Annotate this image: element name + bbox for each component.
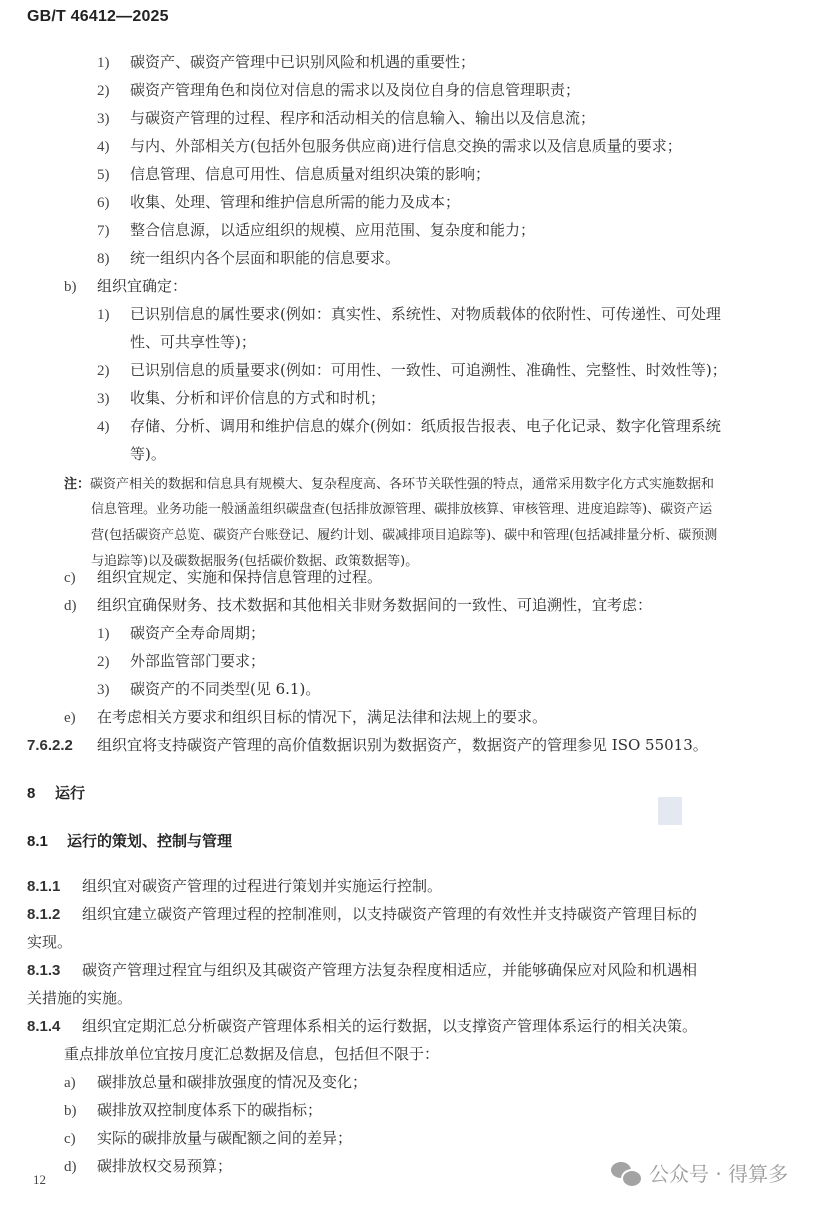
list-item: b)组织宜确定： [64, 276, 187, 297]
list-item: 4)与内、外部相关方(包括外包服务供应商)进行信息交换的需求以及信息质量的要求； [97, 136, 682, 157]
clause-8-1-4: 8.1.4组织宜定期汇总分析碳资产管理体系相关的运行数据，以支撑资产管理体系运行… [27, 1016, 697, 1037]
list-item: 8)统一组织内各个层面和职能的信息要求。 [97, 248, 400, 269]
list-item: 7)整合信息源，以适应组织的规模、应用范围、复杂度和能力； [97, 220, 535, 241]
standard-code-header: GB/T 46412—2025 [27, 8, 169, 26]
list-item: c)组织宜规定、实施和保持信息管理的过程。 [64, 567, 382, 588]
monthly-intro: 重点排放单位宜按月度汇总数据及信息，包括但不限于： [64, 1044, 439, 1064]
clause-continuation: 实现。 [27, 932, 72, 952]
list-item: 2)外部监管部门要求； [97, 651, 265, 672]
list-item: d)组织宜确保财务、技术数据和其他相关非财务数据间的一致性、可追溯性，宜考虑： [64, 595, 652, 616]
list-item: c)实际的碳排放量与碳配额之间的差异； [64, 1128, 352, 1149]
list-item: 1)已识别信息的属性要求(例如：真实性、系统性、对物质载体的依附性、可传递性、可… [97, 304, 721, 325]
clause-8-1-2: 8.1.2组织宜建立碳资产管理过程的控制准则，以支持碳资产管理的有效性并支持碳资… [27, 904, 697, 925]
faint-stamp [658, 797, 682, 825]
clause-7-6-2-2: 7.6.2.2组织宜将支持碳资产管理的高价值数据识别为数据资产，数据资产的管理参… [27, 735, 708, 756]
page-number: 12 [33, 1172, 46, 1188]
list-item: 3)碳资产的不同类型(见 6.1)。 [97, 679, 320, 700]
list-item: 1)碳资产、碳资产管理中已识别风险和机遇的重要性； [97, 52, 475, 73]
section-heading-8: 8运行 [27, 784, 85, 804]
list-item: 4)存储、分析、调用和维护信息的媒介(例如：纸质报告报表、电子化记录、数字化管理… [97, 416, 721, 437]
wechat-watermark: 公众号 · 得算多 [611, 1158, 788, 1187]
clause-8-1-1: 8.1.1组织宜对碳资产管理的过程进行策划并实施运行控制。 [27, 876, 442, 897]
clause-8-1-3: 8.1.3碳资产管理过程宜与组织及其碳资产管理方法复杂程度相适应，并能够确保应对… [27, 960, 697, 981]
note-line: 信息管理。业务功能一般涵盖组织碳盘查(包括排放源管理、碳排放核算、审核管理、进度… [91, 500, 712, 520]
list-item: e)在考虑相关方要求和组织目标的情况下，满足法律和法规上的要求。 [64, 707, 547, 728]
list-item-continuation: 等)。 [130, 444, 166, 464]
clause-continuation: 关措施的实施。 [27, 988, 132, 1008]
section-heading-8-1: 8.1运行的策划、控制与管理 [27, 832, 232, 852]
list-item: a)碳排放总量和碳排放强度的情况及变化； [64, 1072, 367, 1093]
list-item: 5)信息管理、信息可用性、信息质量对组织决策的影响； [97, 164, 490, 185]
list-item: 2)碳资产管理角色和岗位对信息的需求以及岗位自身的信息管理职责； [97, 80, 580, 101]
list-item: b)碳排放双控制度体系下的碳指标； [64, 1100, 322, 1121]
wechat-icon [611, 1160, 643, 1186]
note-label: 注： [64, 476, 90, 491]
list-item-continuation: 性、可共享性等)； [130, 332, 256, 352]
note-line: 营(包括碳资产总览、碳资产台账登记、履约计划、碳减排项目追踪等)、碳中和管理(包… [91, 526, 717, 546]
list-item: 1)碳资产全寿命周期； [97, 623, 265, 644]
list-item: 3)与碳资产管理的过程、程序和活动相关的信息输入、输出以及信息流； [97, 108, 595, 129]
list-item: 3)收集、分析和评价信息的方式和时机； [97, 388, 385, 409]
list-item: 2)已识别信息的质量要求(例如：可用性、一致性、可追溯性、准确性、完整性、时效性… [97, 360, 727, 381]
list-item: 6)收集、处理、管理和维护信息所需的能力及成本； [97, 192, 460, 213]
list-item: d)碳排放权交易预算； [64, 1156, 232, 1177]
note: 注：碳资产相关的数据和信息具有规模大、复杂程度高、各环节关联性强的特点，通常采用… [64, 474, 714, 495]
